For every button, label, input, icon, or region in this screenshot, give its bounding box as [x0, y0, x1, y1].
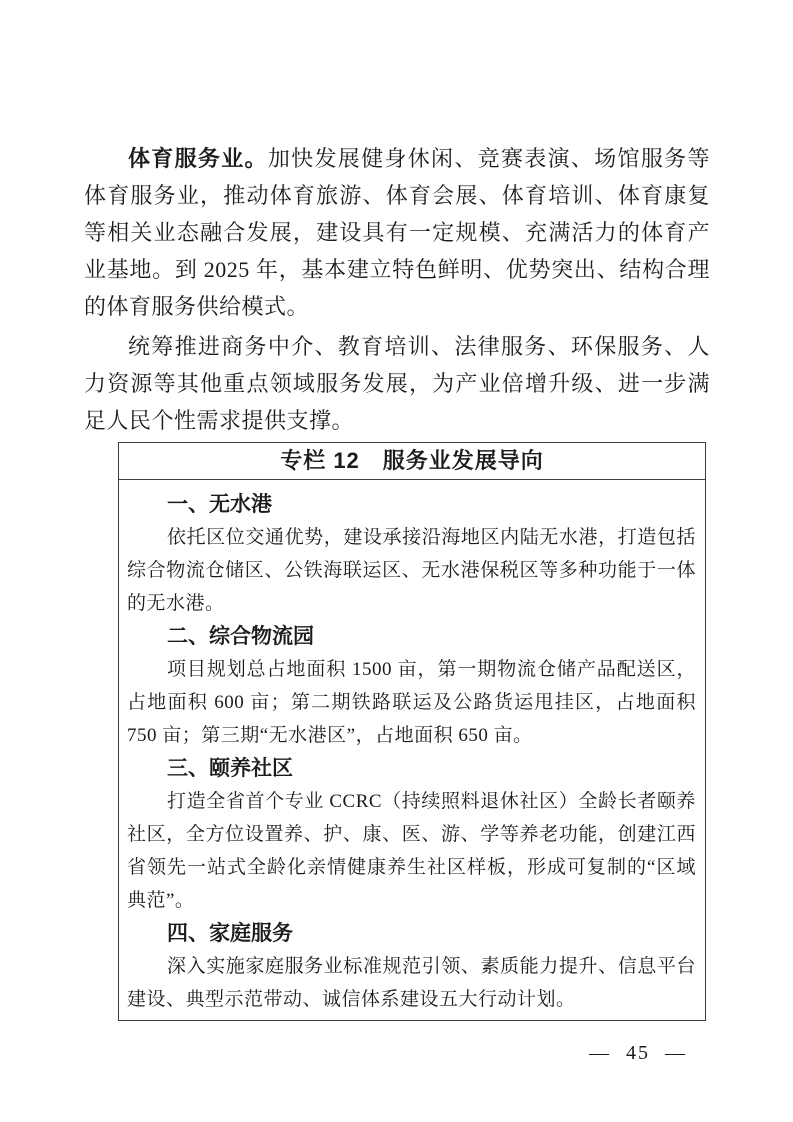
box-section-dry-port: 一、无水港 依托区位交通优势，建设承接沿海地区内陆无水港，打造包括综合物流仓储区… — [127, 488, 696, 620]
text-content: 体育服务业。加快发展健身休闲、竞赛表演、场馆服务等体育服务业，推动体育旅游、体育… — [84, 140, 710, 1021]
section-heading: 三、颐养社区 — [127, 752, 696, 785]
section-heading: 一、无水港 — [127, 488, 696, 521]
page-number: — 45 — — [589, 1042, 687, 1065]
document-page: 体育服务业。加快发展健身休闲、竞赛表演、场馆服务等体育服务业，推动体育旅游、体育… — [0, 0, 793, 1122]
section-heading: 四、家庭服务 — [127, 917, 696, 950]
section-body: 项目规划总占地面积 1500 亩，第一期物流仓储产品配送区，占地面积 600 亩… — [127, 653, 696, 752]
section-body: 深入实施家庭服务业标准规范引领、素质能力提升、信息平台建设、典型示范带动、诚信体… — [127, 950, 696, 1016]
paragraph-lead: 体育服务业。 — [128, 146, 268, 171]
paragraph-other-services: 统筹推进商务中介、教育培训、法律服务、环保服务、人力资源等其他重点领域服务发展，… — [84, 328, 710, 439]
column-box-title: 专栏 12 服务业发展导向 — [119, 443, 705, 480]
section-heading: 二、综合物流园 — [127, 620, 696, 653]
paragraph-body: 统筹推进商务中介、教育培训、法律服务、环保服务、人力资源等其他重点领域服务发展，… — [84, 334, 710, 433]
paragraph-sports-services: 体育服务业。加快发展健身休闲、竞赛表演、场馆服务等体育服务业，推动体育旅游、体育… — [84, 140, 710, 325]
box-section-retirement-community: 三、颐养社区 打造全省首个专业 CCRC（持续照料退休社区）全龄长者颐养社区，全… — [127, 752, 696, 917]
column-box: 专栏 12 服务业发展导向 一、无水港 依托区位交通优势，建设承接沿海地区内陆无… — [118, 442, 706, 1021]
box-section-family-services: 四、家庭服务 深入实施家庭服务业标准规范引领、素质能力提升、信息平台建设、典型示… — [127, 917, 696, 1016]
paragraph-body: 加快发展健身休闲、竞赛表演、场馆服务等体育服务业，推动体育旅游、体育会展、体育培… — [84, 146, 710, 319]
section-body: 打造全省首个专业 CCRC（持续照料退休社区）全龄长者颐养社区，全方位设置养、护… — [127, 785, 696, 917]
section-body: 依托区位交通优势，建设承接沿海地区内陆无水港，打造包括综合物流仓储区、公铁海联运… — [127, 521, 696, 620]
column-box-body: 一、无水港 依托区位交通优势，建设承接沿海地区内陆无水港，打造包括综合物流仓储区… — [119, 480, 705, 1020]
box-section-logistics-park: 二、综合物流园 项目规划总占地面积 1500 亩，第一期物流仓储产品配送区，占地… — [127, 620, 696, 752]
